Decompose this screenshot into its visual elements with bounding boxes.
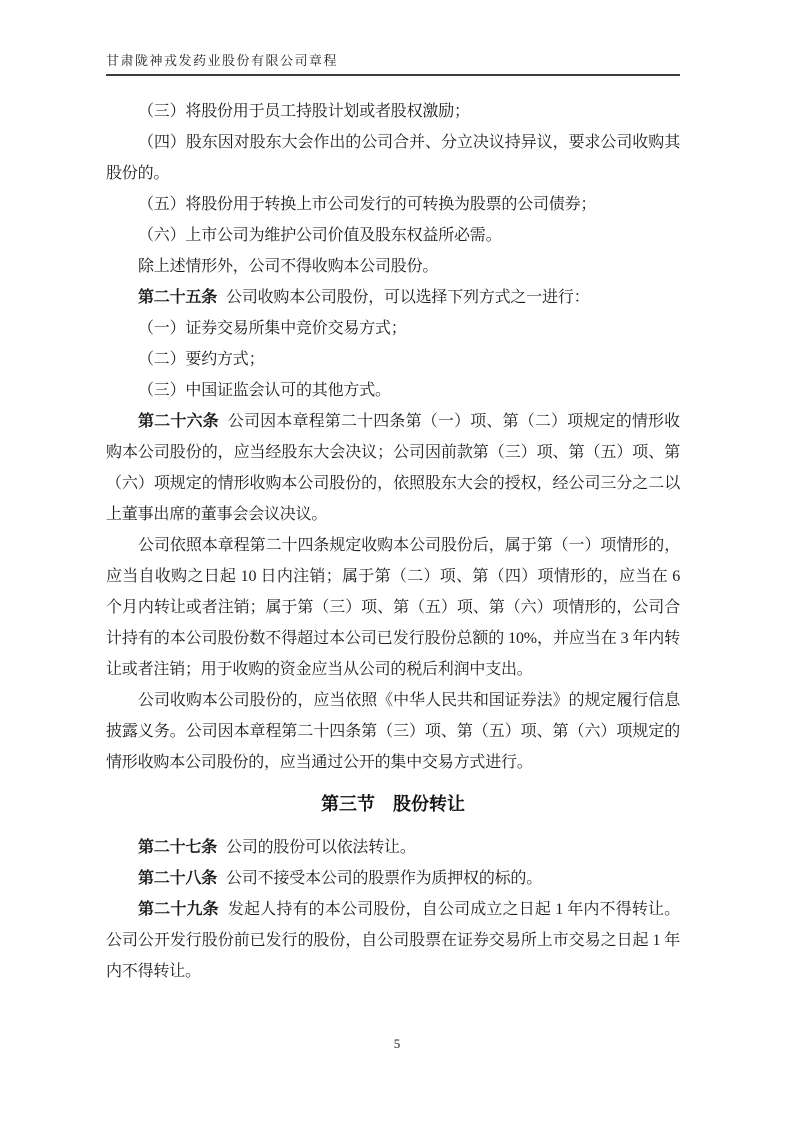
header-title: 甘肃陇神戎发药业股份有限公司章程 — [106, 53, 338, 68]
article-number: 第二十六条 — [138, 413, 219, 430]
paragraph: 第二十七条公司的股份可以依法转让。 — [106, 832, 680, 863]
paragraph: 除上述情形外，公司不得收购本公司股份。 — [106, 251, 680, 282]
page-header: 甘肃陇神戎发药业股份有限公司章程 — [106, 50, 680, 76]
paragraph: （三）中国证监会认可的其他方式。 — [106, 375, 680, 406]
paragraph: 第二十八条公司不接受本公司的股票作为质押权的标的。 — [106, 863, 680, 894]
paragraph: 公司依照本章程第二十四条规定收购本公司股份后，属于第（一）项情形的，应当自收购之… — [106, 530, 680, 685]
article-number: 第二十五条 — [138, 289, 217, 306]
paragraph: 公司收购本公司股份的，应当依照《中华人民共和国证券法》的规定履行信息披露义务。公… — [106, 685, 680, 778]
paragraph: （一）证券交易所集中竞价交易方式； — [106, 313, 680, 344]
section-heading: 第三节 股份转让 — [106, 789, 680, 820]
page-number: 5 — [394, 1036, 401, 1051]
paragraph: （六）上市公司为维护公司价值及股东权益所必需。 — [106, 220, 680, 251]
article-number: 第二十九条 — [138, 901, 219, 918]
page-footer: 5 — [0, 1036, 794, 1052]
paragraph: （三）将股份用于员工持股计划或者股权激励； — [106, 96, 680, 127]
paragraph: 第二十九条发起人持有的本公司股份，自公司成立之日起 1 年内不得转让。公司公开发… — [106, 894, 680, 987]
article-number: 第二十七条 — [138, 839, 217, 856]
paragraph: （四）股东因对股东大会作出的公司合并、分立决议持异议，要求公司收购其股份的。 — [106, 127, 680, 189]
paragraph: （五）将股份用于转换上市公司发行的可转换为股票的公司债券； — [106, 189, 680, 220]
document-body: （三）将股份用于员工持股计划或者股权激励；（四）股东因对股东大会作出的公司合并、… — [106, 96, 680, 987]
paragraph: （二）要约方式； — [106, 344, 680, 375]
document-page: 甘肃陇神戎发药业股份有限公司章程 （三）将股份用于员工持股计划或者股权激励；（四… — [0, 0, 794, 1122]
article-number: 第二十八条 — [138, 870, 217, 887]
paragraph: 第二十五条公司收购本公司股份，可以选择下列方式之一进行： — [106, 282, 680, 313]
paragraph: 第二十六条公司因本章程第二十四条第（一）项、第（二）项规定的情形收购本公司股份的… — [106, 406, 680, 530]
